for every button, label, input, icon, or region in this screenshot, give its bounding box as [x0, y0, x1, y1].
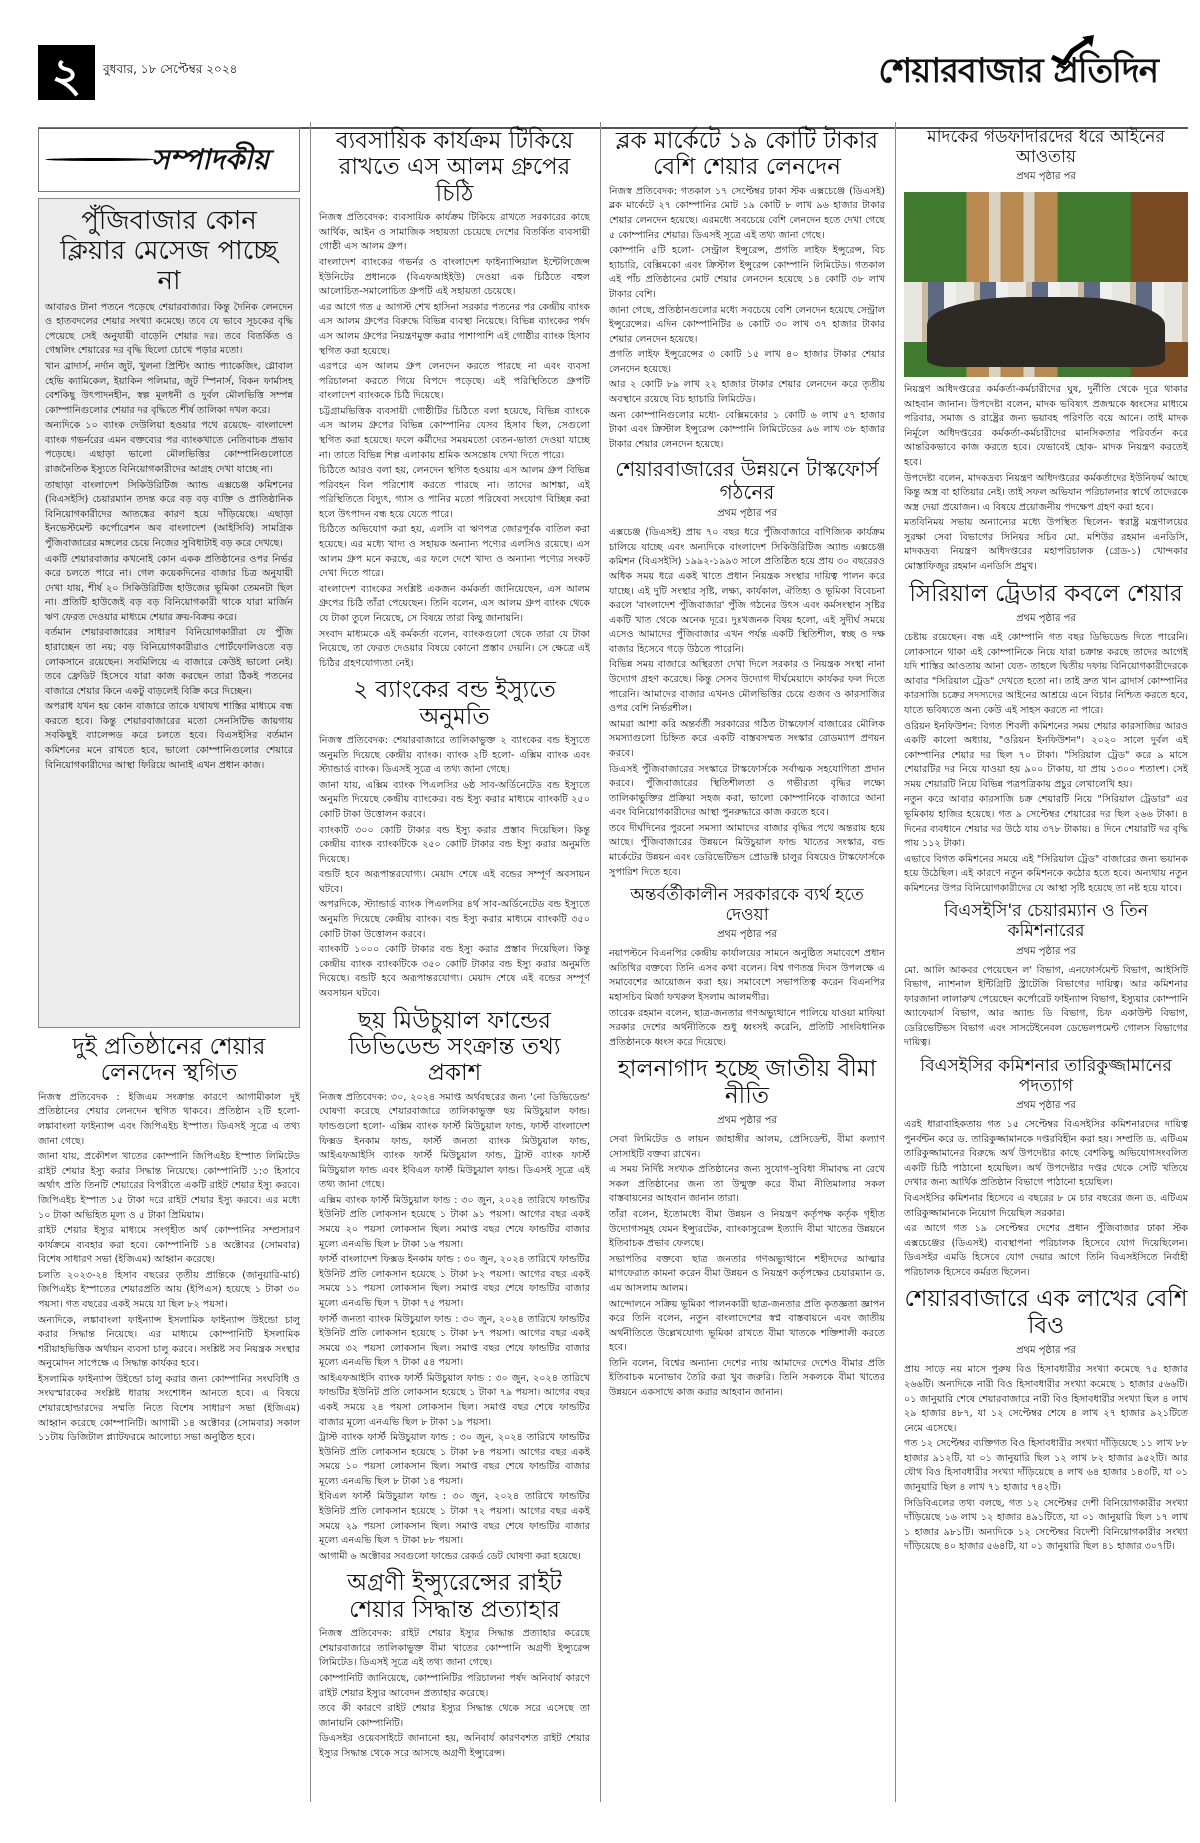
paragraph: সেবা লিমিটেড ও লায়ন জাহাঙ্গীর আলম, প্রে…: [609, 1133, 885, 1162]
paragraph: নতুন করে আবার কারসাজি চক্র শেয়ারটি নিয়…: [904, 793, 1188, 851]
article-block-market: ব্লক মার্কেটে ১৯ কোটি টাকার বেশি শেয়ার …: [609, 128, 885, 452]
continued-label: প্রথম পৃষ্ঠার পর: [904, 1343, 1188, 1360]
article-bo-accounts: শেয়ারবাজারে এক লাখের বেশি বিও প্রথম পৃষ…: [904, 1286, 1188, 1554]
paragraph: এভাবে বিগত কমিশনের সময়ে এই "সিরিয়াল ট্…: [904, 853, 1188, 897]
paragraph: খান ব্রাদার্স, নর্দান জুট, খুলনা প্রিন্ট…: [45, 360, 293, 418]
paragraph: প্রগতি লাইফ ইন্সুরেন্সের ৩ কোটি ১৫ লাখ ৪…: [609, 348, 885, 377]
paragraph: ইবিএল ফার্স্ট মিউচুয়াল ফান্ড : ৩০ জুন, …: [319, 1490, 590, 1548]
masthead: ২ বুধবার, ১৮ সেপ্টেম্বর ২০২৪ শেয়ারবাজার…: [38, 45, 1188, 125]
paragraph: অপরাধ যখন হয় কোন বাজারে তাকে যথাযথ শাস্…: [45, 700, 293, 773]
headline: মাদকের গডফাদারদের ধরে আইনের আওতায়: [904, 128, 1188, 167]
headline: ছয় মিউচুয়াল ফান্ডের ডিভিডেন্ড সংক্রান্…: [319, 1008, 590, 1087]
paragraph: আমরা আশা করি অন্তর্বর্তী সরকারের গঠিত টা…: [609, 718, 885, 762]
paragraph: ডিএসইর ওয়েবসাইটে জানানো হয়, অনিবার্য ক…: [319, 1732, 590, 1761]
paragraph: প্রায় সাড়ে নয় মাসে পুরুষ বিও হিসাবধার…: [904, 1363, 1188, 1436]
paragraph: আইএফআইসি ব্যাংক ফার্স্ট মিউচুয়াল ফান্ড …: [319, 1372, 590, 1430]
paragraph: নয়াপল্টনে বিএনপির কেন্দ্রীয় কার্যালয়ে…: [609, 947, 885, 1005]
column-3: ব্লক মার্কেটে ১৯ কোটি টাকার বেশি শেয়ার …: [600, 122, 885, 1802]
headline: বিএসইসির কমিশনার তারিকুজ্জামানের পদত্যাগ: [904, 1057, 1188, 1096]
editorial-article: পুঁজিবাজার কোন ক্লিয়ার মেসেজ পাচ্ছে না …: [38, 198, 300, 1028]
paragraph: ফার্স্ট বাংলাদেশ ফিক্সড ইনকাম ফান্ড : ৩০…: [319, 1253, 590, 1311]
paragraph: মো. আলি আকবর পেয়েছেন ল' বিভাগ, এনফোর্সম…: [904, 964, 1188, 1051]
paragraph: বর্তমান শেয়ারবাজারের সাধারণ বিনিয়োগকার…: [45, 626, 293, 699]
paragraph: বাংলাদেশ ব্যাংকের সংশ্লিষ্ট একজন কর্মকর্…: [319, 583, 590, 627]
article-drug-control: মাদকের গডফাদারদের ধরে আইনের আওতায় প্রথম…: [904, 128, 1188, 575]
article-two-companies: দুই প্রতিষ্ঠানের শেয়ার লেনদেন স্থগিত নি…: [38, 1034, 300, 1446]
paragraph: আগামী ৬ অক্টোবর সবগুলো ফান্ডের রেকর্ড ডে…: [319, 1550, 590, 1565]
headline: ব্লক মার্কেটে ১৯ কোটি টাকার বেশি শেয়ার …: [609, 128, 885, 181]
paragraph: গত ১২ সেপ্টেম্বর ব্যক্তিগত বিও হিসাবধারী…: [904, 1437, 1188, 1495]
headline: বিএসইসি'র চেয়ারম্যান ও তিন কমিশনারের: [904, 902, 1188, 941]
paragraph: জানা যায়, প্রকৌশল খাতের কোম্পানি জিপিএই…: [38, 1150, 300, 1223]
headline: অন্তর্বর্তীকালীন সরকারকে ব্যর্থ হতে দেওয…: [609, 886, 885, 925]
paragraph: চিঠিতে আরও বলা হয়, লেনদেন স্থগিত হওয়ায…: [319, 464, 590, 522]
article-bsec-chairman: বিএসইসি'র চেয়ারম্যান ও তিন কমিশনারের প্…: [904, 902, 1188, 1051]
conference-table: [927, 297, 1166, 367]
article-insurance-policy: হালনাগাদ হচ্ছে জাতীয় বীমা নীতি প্রথম পৃ…: [609, 1056, 885, 1400]
continued-label: প্রথম পৃষ্ঠার পর: [609, 506, 885, 523]
paragraph: রাইট শেয়ার ইস্যুর মাধ্যমে সংগৃহীত অর্থ …: [38, 1224, 300, 1268]
paragraph: নিজস্ব প্রতিবেদক: ব্যবসায়িক কার্যক্রম ট…: [319, 211, 590, 255]
paragraph: এক্সিম ব্যাংক ফার্স্ট মিউচুয়াল ফান্ড : …: [319, 1194, 590, 1252]
paragraph: মতবিনিময় সভায় অন্যান্যের মধ্যে উপস্থিত…: [904, 516, 1188, 574]
paragraph: নিজস্ব প্রতিবেদক : ইজিএম সংক্রান্ত কারণে…: [38, 1091, 300, 1149]
paragraph: একটি শেয়ারবাজার কখনোই কোন একক প্রতিষ্ঠা…: [45, 553, 293, 626]
continued-label: প্রথম পৃষ্ঠার পর: [609, 1113, 885, 1130]
editorial-banner: সম্পাদকীয়: [38, 127, 300, 192]
continued-label: প্রথম পৃষ্ঠার পর: [904, 944, 1188, 961]
paragraph: জানা গেছে, প্রতিষ্ঠানগুলোর মধ্যে সবচেয়ে…: [609, 304, 885, 348]
paragraph: ডিএসই পুঁজিবাজারের সংস্কারে টাস্কফোর্সকে…: [609, 763, 885, 821]
paragraph: অন্যদিকে, লঙ্কাবাংলা ফাইন্যান্স ইসলামিক …: [38, 1314, 300, 1372]
paragraph: অপরদিকে, স্ট্যান্ডার্ড ব্যাংক পিএলসির ৪র…: [319, 898, 590, 942]
continued-label: প্রথম পৃষ্ঠার পর: [904, 169, 1188, 186]
rising-arrow-icon: [1050, 35, 1096, 65]
paragraph: ওরিয়ন ইনফিউশন: বিগত শিবলী কমিশনের সময় …: [904, 720, 1188, 793]
paragraph: চিঠিতে অভিযোগ করা হয়, এলসি বা ঋণপত্র জো…: [319, 523, 590, 581]
paragraph: তাছাড়া বাংলাদেশ সিকিউরিটিজ অ্যান্ড এক্স…: [45, 479, 293, 552]
paragraph: আন্দোলনে সক্রিয় ভূমিকা পালনকারী ছাত্র-জ…: [609, 1298, 885, 1356]
headline: দুই প্রতিষ্ঠানের শেয়ার লেনদেন স্থগিত: [38, 1034, 300, 1087]
paragraph: আর ২ কোটি ৮৯ লাখ ২২ হাজার টাকার শেয়ার ল…: [609, 378, 885, 407]
paragraph: ব্যাংকটি ৩০০ কোটি টাকার বন্ড ইস্যু করার …: [319, 824, 590, 868]
paragraph: কোম্পানি ৫টি হলো- সেন্ট্রাল ইন্সুরেন্স, …: [609, 244, 885, 302]
publication-date: বুধবার, ১৮ সেপ্টেম্বর ২০২৪: [103, 61, 237, 81]
headline: অগ্রণী ইন্স্যুরেন্সের রাইট শেয়ার সিদ্ধা…: [319, 1570, 590, 1623]
paragraph: বন্ডটি হবে অরূপান্তরযোগ্য। মেয়াদ শেষে এ…: [319, 868, 590, 897]
paragraph: নিজস্ব প্রতিবেদক: গতকাল ১৭ সেপ্টেম্বর ঢা…: [609, 185, 885, 243]
continued-label: প্রথম পৃষ্ঠার পর: [904, 611, 1188, 628]
paragraph: নিজস্ব প্রতিবেদক: রাইট শেয়ার ইস্যুর সিদ…: [319, 1627, 590, 1671]
paragraph: এরপরে এস আলম গ্রুপ লেনদেন করতে পারছে না …: [319, 360, 590, 404]
headline: হালনাগাদ হচ্ছে জাতীয় বীমা নীতি: [609, 1056, 885, 1109]
paragraph: ব্যাংকটি ১০০০ কোটি টাকার বন্ড ইস্যু করার…: [319, 943, 590, 1001]
article-agrani: অগ্রণী ইন্স্যুরেন্সের রাইট শেয়ার সিদ্ধা…: [319, 1570, 590, 1761]
paragraph: এক্সচেঞ্জ (ডিএসই) প্রায় ৭০ বছর ধরে পুঁজ…: [609, 526, 885, 657]
column-2: ব্যবসায়িক কার্যক্রম টিকিয়ে রাখতে এস আল…: [310, 122, 590, 1802]
column-4: মাদকের গডফাদারদের ধরে আইনের আওতায় প্রথম…: [895, 122, 1188, 1802]
headline: ব্যবসায়িক কার্যক্রম টিকিয়ে রাখতে এস আল…: [319, 128, 590, 207]
paragraph: তাঁরা বলেন, ইতোমধ্যে বীমা উন্নয়ন ও নিয়…: [609, 1208, 885, 1252]
paragraph: এ সময় নির্দিষ্ট সংখ্যক প্রতিষ্ঠানের জন্…: [609, 1163, 885, 1207]
paragraph: উপদেষ্টা বলেন, মাদকদ্রব্য নিয়ন্ত্রণ অধি…: [904, 472, 1188, 516]
brush-stroke: [45, 158, 155, 161]
paragraph: বিভিন্ন সময় বাজারে অস্থিরতা দেখা দিলে স…: [609, 658, 885, 716]
continued-label: প্রথম পৃষ্ঠার পর: [904, 1098, 1188, 1115]
headline: শেয়ারবাজারে এক লাখের বেশি বিও: [904, 1286, 1188, 1339]
paragraph: তারেক রহমান বলেন, ছাত্র-জনতার গণঅভ্যুত্থ…: [609, 1007, 885, 1051]
article-serial-trader: সিরিয়াল ট্রেডার কবলে শেয়ার প্রথম পৃষ্ঠ…: [904, 581, 1188, 897]
meeting-photo: [904, 192, 1188, 377]
continued-label: প্রথম পৃষ্ঠার পর: [609, 927, 885, 944]
paragraph: চলতি ২০২৩-২৪ হিসাব বছরের তৃতীয় প্রান্তি…: [38, 1269, 300, 1313]
paragraph: জানা যায়, এক্সিম ব্যাংক পিএলসির ৬ষ্ঠ সা…: [319, 779, 590, 823]
paragraph: কোম্পানিটি জানিয়েছে, কোম্পানিটির পরিচাল…: [319, 1672, 590, 1701]
paragraph: সভাপতির বক্তব্যে ছাত্র জনতার গণঅভ্যুত্থা…: [609, 1253, 885, 1297]
paragraph: সংবাদ মাধ্যমকে এই কর্মকর্তা বলেন, ব্যাংক…: [319, 628, 590, 672]
paragraph: বাংলাদেশ ব্যাংকের গভর্নর ও বাংলাদেশ ফাইন…: [319, 256, 590, 300]
editorial-headline: পুঁজিবাজার কোন ক্লিয়ার মেসেজ পাচ্ছে না: [45, 207, 293, 297]
newspaper-logo: শেয়ারবাজার প্রতিদিন: [878, 45, 1158, 102]
paragraph: ফার্স্ট জনতা ব্যাংক মিউচুয়াল ফান্ড : ৩০…: [319, 1313, 590, 1371]
editorial-label: সম্পাদকীয়: [151, 138, 269, 185]
article-mutual-fund: ছয় মিউচুয়াল ফান্ডের ডিভিডেন্ড সংক্রান্…: [319, 1008, 590, 1565]
paragraph: নিয়ন্ত্রণ অধিদপ্তরের কর্মকর্তা-কর্মচারী…: [904, 383, 1188, 470]
newspaper-page: ২ বুধবার, ১৮ সেপ্টেম্বর ২০২৪ শেয়ারবাজার…: [38, 0, 1188, 1843]
paragraph: এর আগে গত ১৯ সেপ্টেম্বর দেশের প্রধান পুঁ…: [904, 1222, 1188, 1280]
paragraph: তিনি বলেন, বিশ্বের অন্যান্য দেশের ন্যায়…: [609, 1357, 885, 1401]
paragraph: অন্য কোম্পানিগুলোর মধ্যে- বেক্সিমকোর ১ ক…: [609, 409, 885, 453]
article-interim-govt: অন্তর্বর্তীকালীন সরকারকে ব্যর্থ হতে দেওয…: [609, 886, 885, 1050]
paragraph: তবে দীর্ঘদিনের পুরনো সমস্যা আমাদের বাজার…: [609, 822, 885, 880]
article-two-banks: ২ ব্যাংকের বন্ড ইস্যুতে অনুমতি নিজস্ব প্…: [319, 677, 590, 1001]
article-bsec-resign: বিএসইসির কমিশনার তারিকুজ্জামানের পদত্যাগ…: [904, 1057, 1188, 1280]
paragraph: আবারও টানা পতনে পড়েছে শেয়ারবাজার। কিন্…: [45, 301, 293, 359]
headline: সিরিয়াল ট্রেডার কবলে শেয়ার: [904, 581, 1188, 607]
paragraph: তবে কী কারণে রাইট শেয়ার ইস্যুর সিদ্ধান্…: [319, 1702, 590, 1731]
column-1: সম্পাদকীয় পুঁজিবাজার কোন ক্লিয়ার মেসেজ…: [38, 122, 300, 1802]
page-number: ২: [38, 45, 95, 100]
paragraph: এর আগে গত ৫ আগস্ট শেখ হাসিনা সরকার পতনের…: [319, 301, 590, 359]
paragraph: নিজস্ব প্রতিবেদক: শেয়ারবাজারে তালিকাভুক…: [319, 734, 590, 778]
paragraph: এরই ধারাবাহিকতায় গত ১৫ সেপ্টেম্বর বিএসই…: [904, 1118, 1188, 1191]
article-task-force: শেয়ারবাজারের উন্নয়নে টাস্কফোর্স গঠনের …: [609, 458, 885, 880]
paragraph: চট্টগ্রামভিত্তিক ব্যবসায়ী গোষ্ঠীটির চিঠ…: [319, 405, 590, 463]
paragraph: সিডিবিএলের তথ্য বলছে, গত ১২ সেপ্টেম্বর দ…: [904, 1497, 1188, 1555]
paragraph: ট্রাস্ট ব্যাংক ফার্স্ট মিউচুয়াল ফান্ড :…: [319, 1431, 590, 1489]
article-s-alam: ব্যবসায়িক কার্যক্রম টিকিয়ে রাখতে এস আল…: [319, 128, 590, 671]
paragraph: অন্যদিকে ১০ ব্যাংক দেউলিয়া হওয়ার পথে র…: [45, 419, 293, 477]
headline: ২ ব্যাংকের বন্ড ইস্যুতে অনুমতি: [319, 677, 590, 730]
paragraph: ইসলামিক ফাইন্যান্স উইন্ডো চালু করার জন্য…: [38, 1373, 300, 1446]
paragraph: নিজস্ব প্রতিবেদক: ৩০, ২০২৪ সমাপ্ত অর্থবছ…: [319, 1091, 590, 1193]
headline: শেয়ারবাজারের উন্নয়নে টাস্কফোর্স গঠনের: [609, 458, 885, 504]
paragraph: চেষ্টায় রয়েছেন। বন্ধ এই কোম্পানি গত বছ…: [904, 631, 1188, 718]
paragraph: বিএসইসির কমিশনার হিসেবে এ বছরের ৮ মে চার…: [904, 1192, 1188, 1221]
